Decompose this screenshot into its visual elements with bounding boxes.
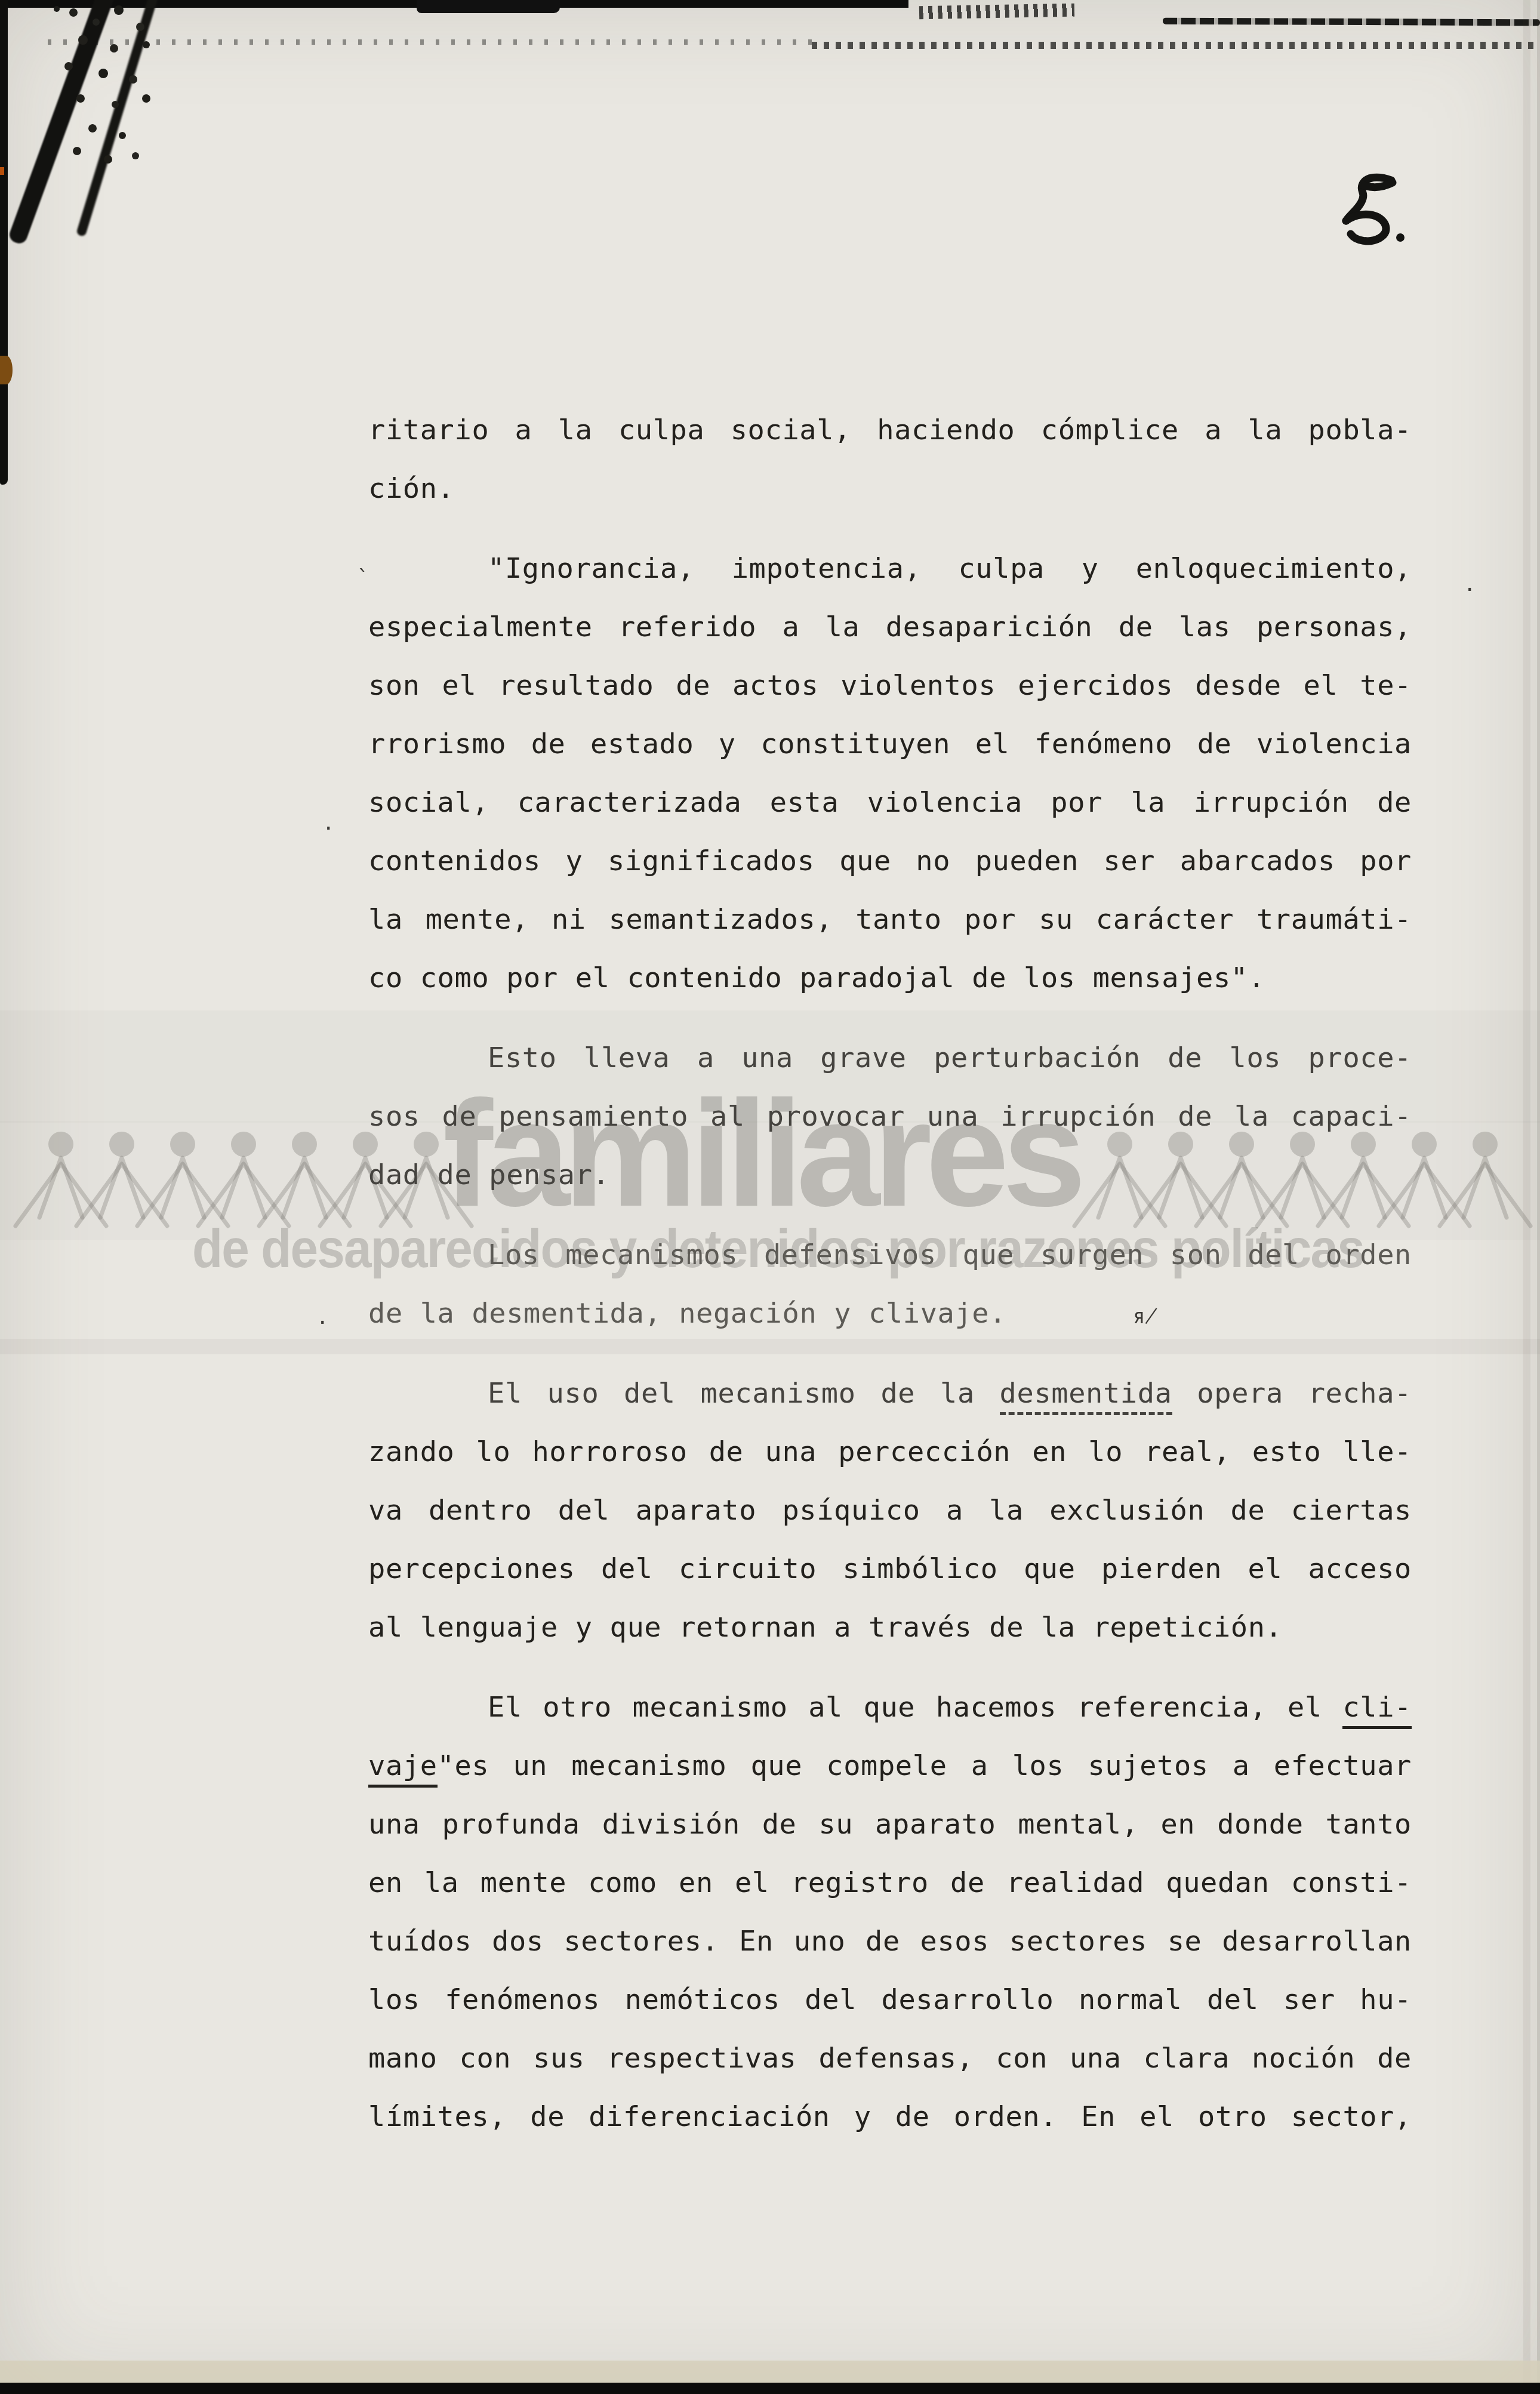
document-line: El uso del mecanismo de la desmentida op… [368, 1364, 1412, 1423]
document-line: ritario a la culpa social, haciendo cómp… [368, 401, 1412, 460]
scan-left-edge-bar [0, 0, 8, 485]
document-line: vaje"es un mecanismo que compele a los s… [368, 1737, 1412, 1795]
scan-speck-line-left [48, 39, 812, 45]
paragraph: ritario a la culpa social, haciendo cómp… [368, 401, 1412, 518]
document-line: de la desmentida, negación y clivaje. [368, 1284, 1412, 1343]
document-line: los fenómenos nemóticos del desarrollo n… [368, 1971, 1412, 2029]
document-line: va dentro del aparato psíquico a la excl… [368, 1481, 1412, 1540]
paragraph: Los mecanismos defensivos que surgen son… [368, 1226, 1412, 1343]
document-line: al lenguaje y que retornan a través de l… [368, 1598, 1412, 1657]
document-line: percepciones del circuito simbólico que … [368, 1540, 1412, 1598]
left-edge-stain [0, 356, 13, 384]
document-text: ritario a la culpa social, haciendo cómp… [368, 401, 1412, 2146]
document-line: especialmente referido a la desaparición… [368, 598, 1412, 657]
corner-speck-cloud [54, 6, 60, 12]
handwritten-page-number [1339, 171, 1410, 254]
document-line: social, caracterizada esta violencia por… [368, 774, 1412, 832]
document-line: tuídos dos sectores. En uno de esos sect… [368, 1912, 1412, 1971]
document-line: límites, de diferenciación y de orden. E… [368, 2088, 1412, 2146]
document-line: una profunda división de su aparato ment… [368, 1795, 1412, 1854]
ink-speck: ` [357, 566, 369, 590]
document-line: Esto lleva a una grave perturbación de l… [368, 1029, 1412, 1087]
document-line: dad de pensar. [368, 1146, 1412, 1204]
paragraph: El uso del mecanismo de la desmentida op… [368, 1364, 1412, 1657]
paragraph: El otro mecanismo al que hacemos referen… [368, 1678, 1412, 2146]
document-line: co como por el contenido paradojal de lo… [368, 949, 1412, 1007]
scan-speck-line-right [812, 42, 1540, 49]
document-line: contenidos y significados que no pueden … [368, 832, 1412, 891]
document-line: son el resultado de actos violentos ejer… [368, 657, 1412, 715]
scanned-document-page: ` · я̸ · · familiares de desaparecidos y… [0, 0, 1540, 2394]
document-line: mano con sus respectivas defensas, con u… [368, 2029, 1412, 2088]
paragraph: Esto lleva a una grave perturbación de l… [368, 1029, 1412, 1204]
document-line: sos de pensamiento al provocar una irrup… [368, 1087, 1412, 1146]
document-line: ción. [368, 460, 1412, 518]
left-edge-stain-small [0, 167, 4, 175]
document-line: zando lo horroroso de una percección en … [368, 1423, 1412, 1481]
handwritten-five-icon [1339, 171, 1410, 254]
scan-speck-cluster [919, 4, 1074, 20]
document-line: la mente, ni semantizados, tanto por su … [368, 891, 1412, 949]
ink-speck: · [316, 1311, 328, 1335]
scan-bottom-edge-bar [0, 2383, 1540, 2394]
paragraph: "Ignorancia, impotencia, culpa y enloque… [368, 540, 1412, 1007]
document-line: Los mecanismos defensivos que surgen son… [368, 1226, 1412, 1284]
document-line: en la mente como en el registro de reali… [368, 1854, 1412, 1912]
document-line: rrorismo de estado y constituyen el fenó… [368, 715, 1412, 774]
document-line: "Ignorancia, impotencia, culpa y enloque… [368, 540, 1412, 598]
scan-top-dashed-line [1163, 18, 1540, 26]
ink-speck: · [322, 817, 334, 840]
corner-ink-streak [7, 0, 117, 246]
scan-bottom-paper-edge [0, 2361, 1540, 2383]
scan-top-edge-bar-thick [417, 0, 560, 13]
document-line: El otro mecanismo al que hacemos referen… [368, 1678, 1412, 1737]
ink-speck: · [1464, 578, 1476, 602]
